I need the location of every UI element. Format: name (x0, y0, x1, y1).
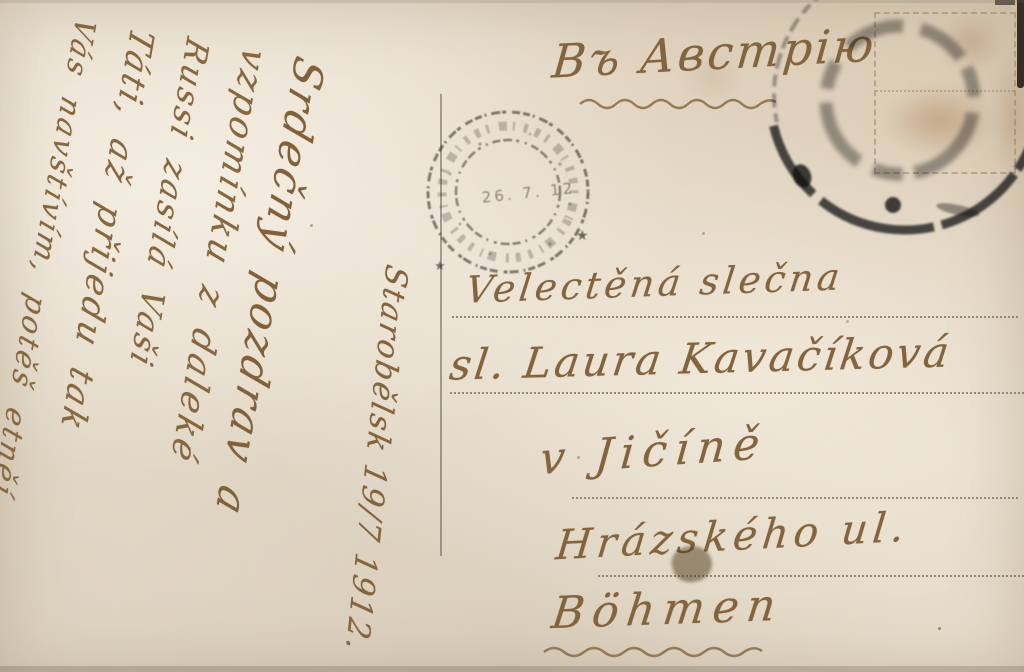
address-line-street: Hrázského ul. (554, 503, 912, 570)
origin-date-line: Starobělsk 19/7 1912. (338, 261, 414, 656)
address-line-town: v Jičíně (538, 418, 770, 485)
address-dotted-line (598, 575, 1024, 577)
wavy-underline (540, 640, 798, 660)
address-dotted-line (572, 497, 1018, 499)
postmark-left: 26. 7. 12 ★ ★ (420, 104, 596, 280)
postcard-back: Въ Австрію 26. 7. 12 ★ (0, 0, 1024, 672)
address-line-recipient-name: sl. Laura Kavačíková (447, 327, 955, 389)
scan-edge-artifact (1017, 0, 1024, 88)
scan-edge-artifact (0, 666, 1024, 672)
message-block: Srdečný pozdrav a vzpomínku z daleké Rus… (0, 15, 338, 655)
scan-edge-artifact (0, 0, 1024, 3)
address-dotted-line (450, 392, 1024, 394)
stain (680, 52, 746, 104)
postmark-date: 26. 7. 12 (481, 179, 576, 207)
postmark-right (758, 0, 1024, 245)
star-icon: ★ (434, 259, 446, 274)
address-line-country: Böhmen (549, 580, 786, 639)
star-icon: ★ (576, 228, 589, 244)
ink-specks (938, 627, 941, 630)
address-dotted-line (452, 316, 1018, 318)
